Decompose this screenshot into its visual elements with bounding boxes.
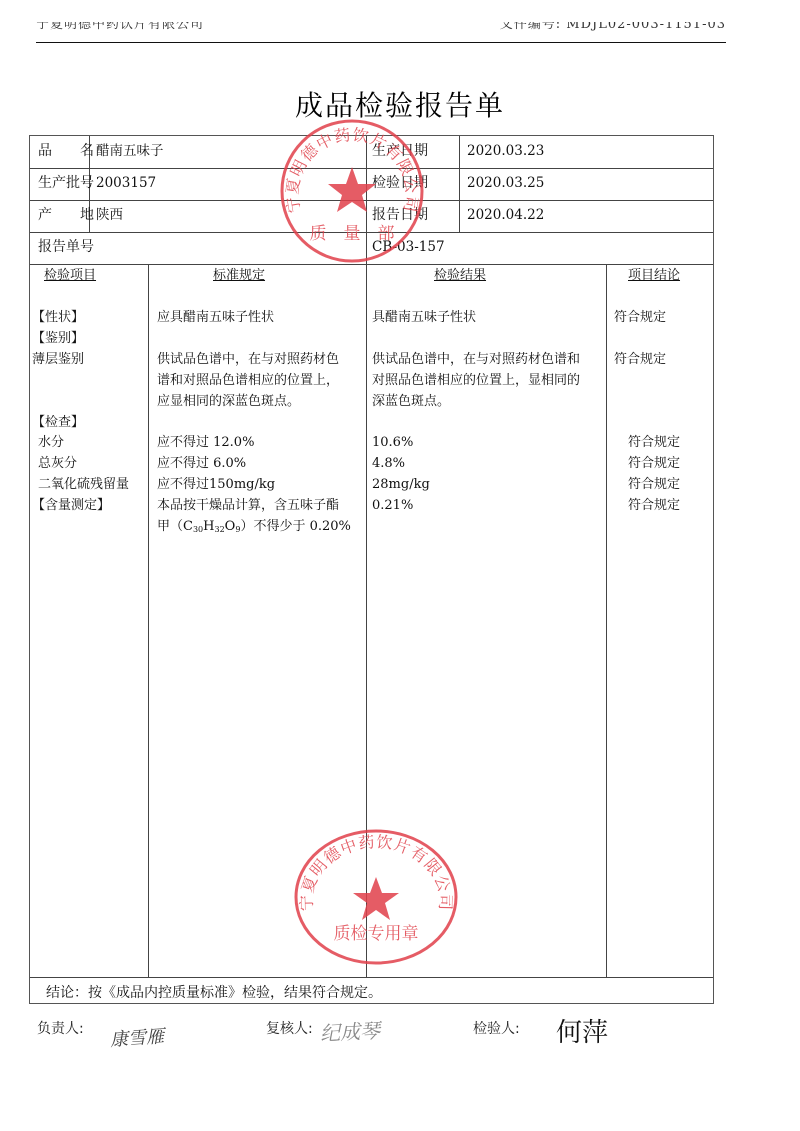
item-zonghuifen: 总灰分	[38, 453, 77, 474]
divider	[459, 136, 460, 232]
batch-number: 2003157	[96, 173, 156, 194]
standard-zonghuifen: 应不得过 6.0%	[157, 453, 246, 474]
standard-hanliang-1: 本品按干燥品计算，含五味子酯	[157, 495, 339, 516]
conclusion-hanliang: 符合规定	[628, 495, 680, 516]
result-xingzhuang: 具醋南五味子性状	[372, 307, 476, 328]
inspector-label: 检验人:	[473, 1018, 520, 1038]
col-header-standard: 标准规定	[213, 265, 265, 286]
reviewer-signature: 纪成琴	[319, 1014, 380, 1046]
test-date: 2020.03.25	[467, 173, 544, 194]
reviewer-label: 复核人:	[266, 1018, 313, 1038]
conclusion-shuifen: 符合规定	[628, 432, 680, 453]
standard-bocengjianbie-3: 应显相同的深蓝色斑点。	[157, 391, 300, 412]
item-hanliang: 【含量测定】	[32, 495, 110, 516]
col-header-item: 检验项目	[44, 265, 96, 286]
result-eryanghualiu: 28mg/kg	[372, 474, 430, 495]
col-header-conclusion: 项目结论	[628, 265, 680, 286]
divider	[30, 977, 713, 978]
conclusion-xingzhuang: 符合规定	[614, 307, 666, 328]
doc-number: 文件编号: MDJL02-003-1151-03	[500, 22, 726, 32]
company-name: 宁夏明德中药饮片有限公司	[36, 22, 204, 32]
result-bocengjianbie-2: 对照品色谱相应的位置上，显相同的	[372, 370, 580, 391]
col-header-result: 检验结果	[434, 265, 486, 286]
result-zonghuifen: 4.8%	[372, 453, 405, 474]
final-conclusion: 结论：按《成品内控质量标准》检验，结果符合规定。	[46, 983, 382, 1004]
product-name: 醋南五味子	[96, 141, 164, 162]
svg-text:质 量 部: 质 量 部	[310, 224, 395, 244]
product-name-label: 品 名	[38, 141, 94, 162]
svg-text:质检专用章: 质检专用章	[334, 923, 419, 944]
origin: 陕西	[96, 205, 123, 226]
formula-o: O	[225, 519, 236, 534]
standard-bocengjianbie-2: 谱和对照品色谱相应的位置上，	[157, 370, 339, 391]
standard-xingzhuang: 应具醋南五味子性状	[157, 307, 274, 328]
batch-label: 生产批号	[38, 173, 94, 194]
formula-sub: 32	[214, 525, 224, 534]
item-bocengjianbie: 薄层鉴别	[32, 349, 84, 370]
divider	[606, 264, 607, 977]
result-bocengjianbie-1: 供试品色谱中，在与对照药材色谱和	[372, 349, 580, 370]
divider	[148, 264, 149, 977]
inspector-signature: 何萍	[556, 1012, 608, 1049]
qc-seal-stamp: 宁夏明德中药饮片有限公司 质检专用章	[291, 827, 461, 967]
doc-number-header: 文件编号: MDJL02-003-1151-03	[370, 22, 726, 43]
standard-shuifen: 应不得过 12.0%	[157, 432, 254, 453]
report-no-label: 报告单号	[38, 237, 94, 258]
origin-label: 产 地	[38, 205, 94, 226]
star-icon	[353, 877, 399, 920]
item-jianbie: 【鉴别】	[32, 328, 84, 349]
result-bocengjianbie-3: 深蓝色斑点。	[372, 391, 450, 412]
formula-sub: 30	[193, 525, 203, 534]
result-shuifen: 10.6%	[372, 432, 413, 453]
star-icon	[328, 167, 376, 212]
formula-h: H	[203, 519, 214, 534]
item-eryanghualiu: 二氧化硫残留量	[38, 474, 129, 495]
conclusion-bocengjianbie: 符合规定	[614, 349, 666, 370]
standard-eryanghualiu: 应不得过150mg/kg	[157, 474, 275, 495]
item-xingzhuang: 【性状】	[32, 307, 84, 328]
formula-suffix: ）不得少于 0.20%	[240, 519, 350, 534]
standard-bocengjianbie-1: 供试品色谱中，在与对照药材色	[157, 349, 339, 370]
quality-dept-stamp: 宁夏明德中药饮片有限公司 质 量 部	[278, 117, 426, 265]
prod-date: 2020.03.23	[467, 141, 544, 162]
result-hanliang: 0.21%	[372, 495, 413, 516]
company-header: 宁夏明德中药饮片有限公司	[36, 22, 266, 43]
report-date: 2020.04.22	[467, 205, 544, 226]
conclusion-zonghuifen: 符合规定	[628, 453, 680, 474]
conclusion-eryanghualiu: 符合规定	[628, 474, 680, 495]
responsible-signature: 康雪雁	[109, 1022, 165, 1052]
item-jiancha: 【检查】	[32, 412, 84, 433]
item-shuifen: 水分	[38, 432, 64, 453]
header-rule	[36, 42, 726, 43]
responsible-label: 负责人:	[37, 1018, 84, 1038]
formula-prefix: 甲（C	[157, 519, 193, 534]
standard-hanliang-2: 甲（C30H32O9）不得少于 0.20%	[157, 516, 351, 540]
